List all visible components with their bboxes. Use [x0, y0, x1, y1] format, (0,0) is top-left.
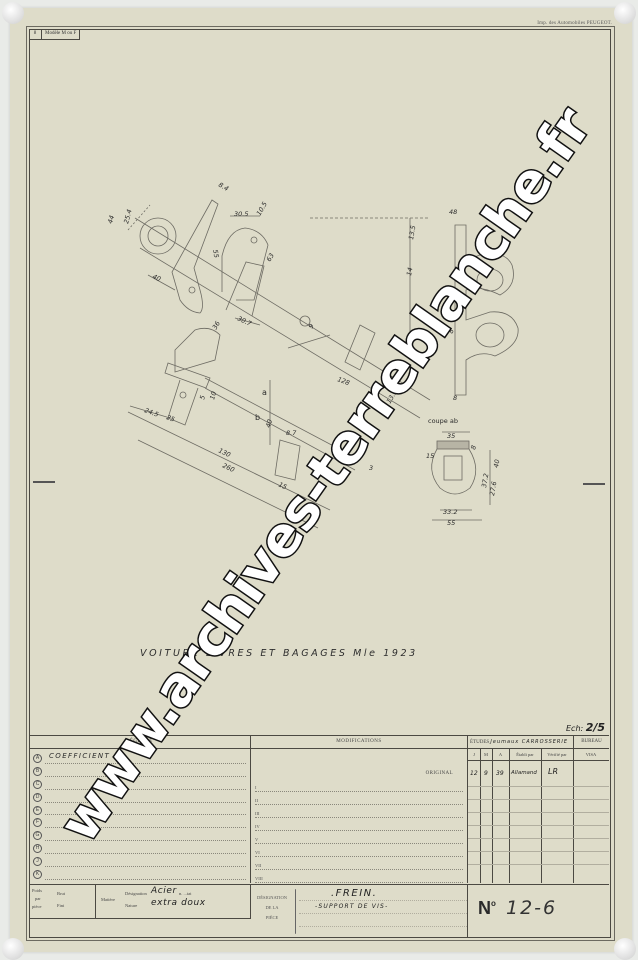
number-prefix: No	[478, 898, 496, 919]
title-block-bottom: Poids par pièce Brut Fini Matière Désign…	[29, 884, 609, 938]
legend-letter: F	[33, 818, 42, 827]
weight-material-section: Poids par pièce Brut Fini Matière Désign…	[29, 885, 251, 919]
row-line	[468, 825, 609, 826]
label-line: DÉSIGNATION	[251, 893, 293, 903]
drawing-number-section: No 12-6	[468, 885, 609, 938]
svg-text:30.5: 30.5	[234, 210, 248, 218]
legend-letter: J	[33, 857, 42, 866]
legend-letter: C	[33, 780, 42, 789]
number-o: o	[491, 899, 496, 908]
mod-row-8: VIII	[255, 869, 463, 883]
material-label: Matière	[101, 897, 115, 902]
modifications-section: MODIFICATIONS ORIGINAL I II III IV V VI …	[251, 736, 468, 883]
legend-letter: K	[33, 870, 42, 879]
checked-by: LR	[548, 767, 558, 776]
divider	[509, 749, 510, 883]
part-designation-section: DÉSIGNATION DE LA PIÈCE .FREIN. -SUPPORT…	[251, 885, 468, 938]
svg-text:5: 5	[198, 394, 207, 400]
svg-text:8: 8	[469, 444, 478, 450]
mod-row-7: VII	[255, 856, 463, 870]
mod-row-label: I	[255, 785, 257, 790]
date-year: 39	[496, 770, 504, 777]
svg-text:27.6: 27.6	[488, 481, 498, 497]
row-line	[468, 851, 609, 852]
scale-label: Ech: 2/5	[566, 721, 605, 734]
mod-row-label: V	[255, 837, 258, 842]
svg-text:25.4: 25.4	[122, 208, 133, 224]
svg-text:14: 14	[405, 267, 414, 277]
divider	[492, 749, 493, 883]
date-day: 12	[470, 770, 478, 777]
svg-text:40: 40	[492, 459, 501, 469]
row-line	[468, 838, 609, 839]
drawing-number: 12-6	[506, 897, 557, 919]
mod-row-label: VI	[255, 850, 260, 855]
col-j: J	[468, 749, 480, 761]
weight-gross-label: Brut	[57, 891, 65, 896]
etudes-department: Jeumaux CARROSSERIE	[490, 739, 568, 745]
legend-letter: B	[33, 767, 42, 776]
material-nature-label: Nature	[125, 903, 137, 908]
weight-finished-label: Fini	[57, 903, 64, 908]
mod-row-label: IV	[255, 824, 260, 829]
svg-text:8.7: 8.7	[286, 429, 297, 437]
material-designation-label: Désignation	[125, 891, 147, 896]
svg-text:10.5: 10.5	[255, 200, 269, 217]
mod-row-6: VI	[255, 843, 463, 857]
material-state: n. ...tat	[179, 891, 191, 896]
svg-text:55: 55	[211, 249, 220, 259]
weight-label: par	[35, 896, 41, 901]
svg-text:35: 35	[447, 432, 455, 440]
col-etabli: Établi par	[509, 749, 541, 761]
part-designation-label: DÉSIGNATION DE LA PIÈCE	[251, 893, 293, 923]
mod-row-5: V	[255, 830, 463, 844]
bureau-header: BUREAU	[574, 736, 609, 749]
legend-letter: G	[33, 831, 42, 840]
svg-text:b: b	[255, 413, 260, 422]
legend-row-g: G	[29, 829, 250, 842]
col-verifie: Vérifié par	[541, 749, 573, 761]
label-line: DE LA	[251, 903, 293, 913]
row-line	[299, 913, 467, 914]
svg-text:44: 44	[106, 214, 116, 224]
legend-letter: H	[33, 844, 42, 853]
svg-text:33.2: 33.2	[443, 508, 457, 516]
weight-label: pièce	[32, 904, 42, 909]
scale-value: 2/5	[586, 721, 605, 734]
col-a: A	[492, 749, 509, 761]
divider	[541, 749, 542, 883]
svg-text:coupe ab: coupe ab	[428, 417, 458, 425]
row-line	[468, 786, 609, 787]
svg-text:13.5: 13.5	[407, 225, 417, 241]
part-description: -SUPPORT DE VIS-	[315, 903, 388, 910]
row-line	[468, 864, 609, 865]
mod-row-2: II	[255, 791, 463, 805]
svg-text:10: 10	[208, 390, 218, 400]
mod-row-3: III	[255, 804, 463, 818]
part-name: .FREIN.	[331, 888, 377, 899]
legend-row-h: H	[29, 842, 250, 855]
label-line: PIÈCE	[251, 913, 293, 923]
svg-text:a: a	[262, 388, 267, 397]
number-n: N	[478, 898, 491, 918]
svg-text:130: 130	[217, 447, 232, 460]
mod-row-1: I	[255, 778, 463, 792]
svg-text:63: 63	[265, 252, 276, 263]
brace	[295, 889, 296, 934]
mod-row-label: VII	[255, 863, 261, 868]
svg-text:25: 25	[165, 413, 176, 423]
mod-row-label: VIII	[255, 876, 263, 881]
etudes-header: ÉTUDES Jeumaux CARROSSERIE	[468, 736, 574, 749]
svg-text:55: 55	[447, 519, 455, 527]
mod-row-label: III	[255, 811, 260, 816]
svg-text:8: 8	[453, 394, 457, 402]
col-visa: VISA	[573, 749, 609, 761]
drawn-by: Allamand	[511, 770, 537, 776]
row-line	[468, 812, 609, 813]
material-designation-value: Acier	[151, 886, 177, 896]
svg-text:48: 48	[449, 208, 457, 216]
legend-row-j: J	[29, 855, 250, 868]
divider	[480, 749, 481, 883]
legend-letter: D	[33, 793, 42, 802]
etudes-section: ÉTUDES Jeumaux CARROSSERIE BUREAU J M A …	[468, 736, 609, 883]
legend-row-k: K	[29, 868, 250, 881]
col-m: M	[480, 749, 492, 761]
row-line	[468, 799, 609, 800]
svg-text:24.5: 24.5	[143, 406, 159, 418]
svg-text:15: 15	[426, 452, 434, 460]
svg-text:30.7: 30.7	[236, 315, 253, 329]
weight-label: Poids	[32, 888, 42, 893]
legend-letter: E	[33, 806, 42, 815]
row-line	[299, 900, 467, 901]
row-line	[299, 926, 467, 927]
svg-text:8.4: 8.4	[217, 181, 230, 193]
material-nature-value: extra doux	[151, 898, 206, 908]
date-month: 9	[484, 770, 488, 777]
scale-prefix: Ech:	[566, 724, 583, 733]
legend-letter: A	[33, 754, 42, 763]
divider	[95, 885, 96, 918]
modifications-header: MODIFICATIONS	[251, 736, 467, 749]
etudes-label: ÉTUDES	[470, 740, 489, 745]
mod-row-label: II	[255, 798, 258, 803]
svg-text:36: 36	[211, 320, 222, 331]
original-label: ORIGINAL	[426, 771, 453, 776]
mod-row-4: IV	[255, 817, 463, 831]
svg-text:40: 40	[264, 418, 274, 428]
